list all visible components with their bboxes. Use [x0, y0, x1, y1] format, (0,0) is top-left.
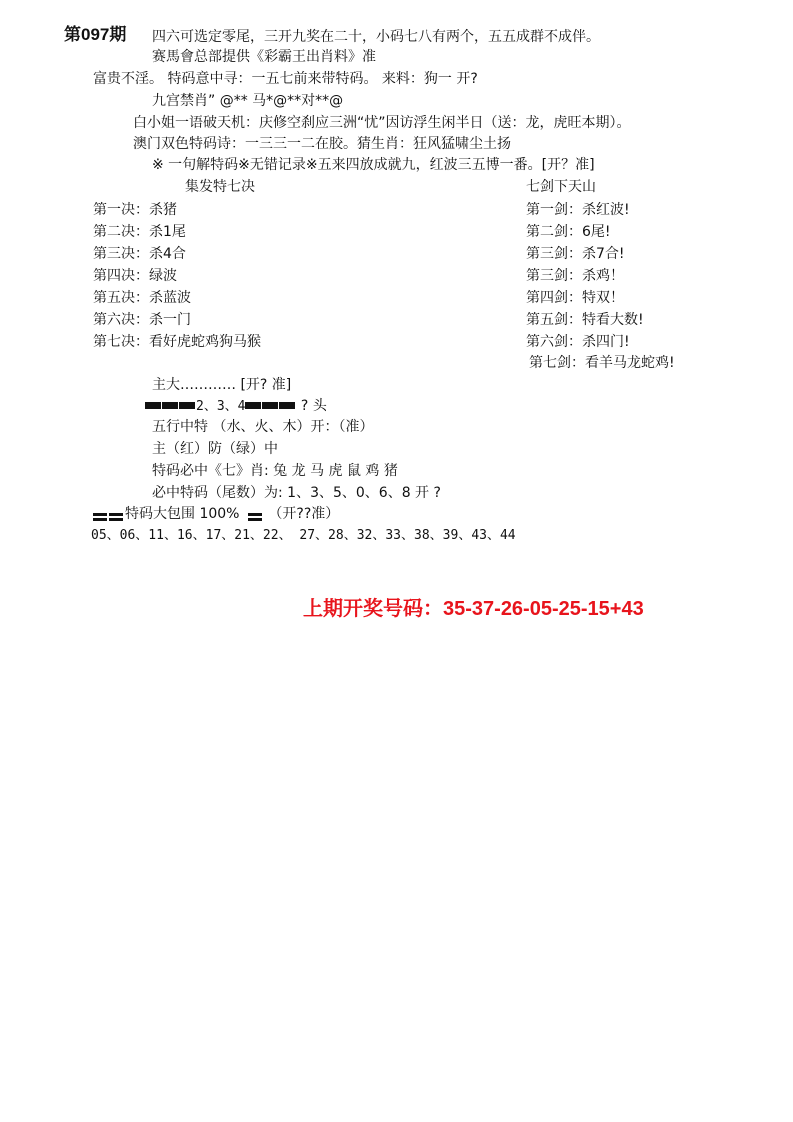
right-item: 第四剑：特双！ — [526, 289, 624, 307]
left-item: 第二决：杀1尾 — [93, 223, 186, 241]
block-bar-icon — [262, 402, 278, 410]
tip-tail-numbers: 必中特码（尾数）为: 1、3、5、0、6、8 开 ? — [152, 484, 441, 502]
issue-number: 第097期 — [64, 26, 126, 44]
block-bar-icon — [145, 402, 161, 410]
left-item: 第一决：杀猪 — [93, 201, 177, 219]
right-column-title: 七剑下天山 — [526, 178, 596, 196]
double-bar-icon — [93, 513, 107, 516]
tip-package-numbers: 05、06、11、16、17、21、22、 27、28、32、33、38、39、… — [91, 527, 516, 545]
header-line-2: 赛馬會总部提供《彩霸王出肖料》准 — [152, 48, 376, 66]
left-item: 第三决：杀4合 — [93, 245, 186, 263]
tip-color: 主（红）防（绿）中 — [152, 440, 278, 458]
last-result: 上期开奖号码：35-37-26-05-25-15+43 — [303, 592, 644, 621]
header-line-7: ※ 一句解特码※无错记录※五来四放成就九，红波三五博一番。[开？准] — [152, 156, 595, 174]
left-item: 第六决：杀一门 — [93, 311, 191, 329]
right-item: 第六剑：杀四门! — [526, 333, 630, 351]
double-bar-icon — [109, 513, 123, 516]
tip-head: 2、3、4 ? 头 — [145, 397, 327, 416]
right-item: 第七剑：看羊马龙蛇鸡! — [529, 354, 675, 372]
right-item: 第三剑：杀7合! — [526, 245, 625, 263]
left-item: 第四决：绿波 — [93, 267, 177, 285]
header-line-1: 四六可选定零尾，三开九奖在二十，小码七八有两个，五五成群不成伴。 — [152, 28, 600, 46]
block-bar-icon — [279, 402, 295, 410]
header-line-4: 九宫禁肖” @** 马*@**对**@ — [152, 92, 343, 110]
double-bar-icon — [248, 513, 262, 516]
block-bar-icon — [179, 402, 195, 410]
right-item: 第二剑：6尾! — [526, 223, 611, 241]
block-bar-icon — [245, 402, 261, 410]
left-item: 第七决：看好虎蛇鸡狗马猴 — [93, 333, 261, 351]
header-line-6: 澳门双色特码诗：一三三一二在胶。猜生肖：狂风猛啸尘土扬 — [133, 135, 511, 153]
tip-main-big: 主大………… [开? 准] — [152, 376, 291, 394]
tip-seven-zodiac: 特码必中《七》肖: 兔 龙 马 虎 鼠 鸡 猪 — [152, 462, 398, 480]
right-item: 第五剑：特看大数! — [526, 311, 644, 329]
left-item: 第五决：杀蓝波 — [93, 289, 191, 307]
tip-five-elements: 五行中特 （水、火、木）开：（准） — [152, 418, 373, 436]
left-column-title: 集发特七决 — [185, 178, 255, 196]
right-item: 第三剑：杀鸡！ — [526, 267, 624, 285]
block-bar-icon — [162, 402, 178, 410]
header-line-3: 富贵不淫。 特码意中寻：一五七前来带特码。 来料：狗一 开? — [93, 70, 478, 88]
right-item: 第一剑：杀红波! — [526, 201, 630, 219]
header-line-5: 白小姐一语破天机：庆修空刹应三洲“忧”因访浮生闲半日（送：龙，虎旺本期）。 — [133, 114, 631, 132]
tip-package: 特码大包围 100% （开??准） — [93, 505, 339, 523]
